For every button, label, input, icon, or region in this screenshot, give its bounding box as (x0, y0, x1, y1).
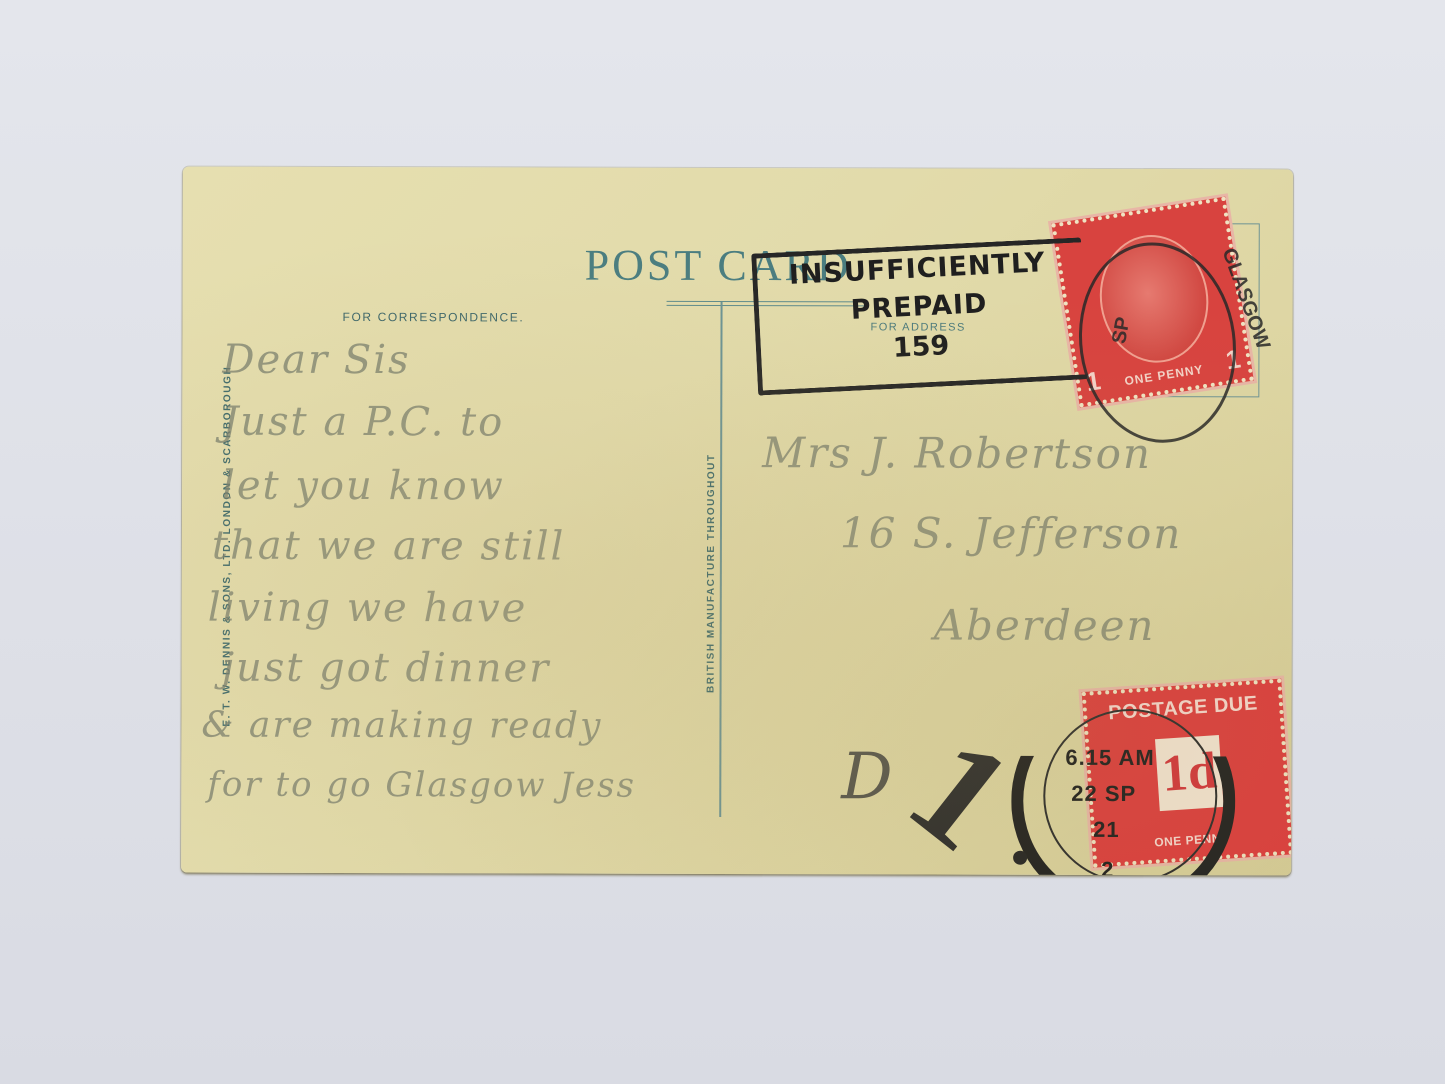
due-cancel-year: 21 (1093, 817, 1120, 843)
address-line: Mrs J. Robertson (762, 428, 1152, 478)
message-line: just got dinner (222, 645, 551, 692)
due-cancel-time: 6.15 AM (1065, 745, 1154, 771)
due-cancel-date: 22 SP (1071, 781, 1136, 807)
ink-dot (1013, 851, 1027, 865)
message-line: living we have (208, 585, 528, 632)
origin-cancel-month: SP (1108, 315, 1135, 345)
due-cancel-office: 2 (1101, 857, 1114, 875)
manufacture-note: BRITISH MANUFACTURE THROUGHOUT (706, 453, 718, 692)
message-line: Just a P.C. to (222, 399, 504, 446)
initial-mark: D (841, 740, 893, 814)
message-line: for to go Glasgow Jess (207, 765, 636, 806)
message-line: Dear Sis (222, 337, 410, 383)
postcard: POST CARD FOR CORRESPONDENCE. FOR ADDRES… (181, 167, 1293, 876)
address-line: 16 S. Jefferson (840, 508, 1183, 558)
message-line: & are making ready (201, 705, 602, 747)
message-line: that we are still (212, 523, 566, 570)
center-divider (719, 302, 722, 817)
correspondence-label: FOR CORRESPONDENCE. (343, 310, 525, 324)
insufficiently-prepaid-handstamp: INSUFFICIENTLY PREPAID 159 (751, 237, 1088, 395)
address-line: Aberdeen (934, 601, 1156, 651)
message-line: let you know (222, 463, 505, 510)
